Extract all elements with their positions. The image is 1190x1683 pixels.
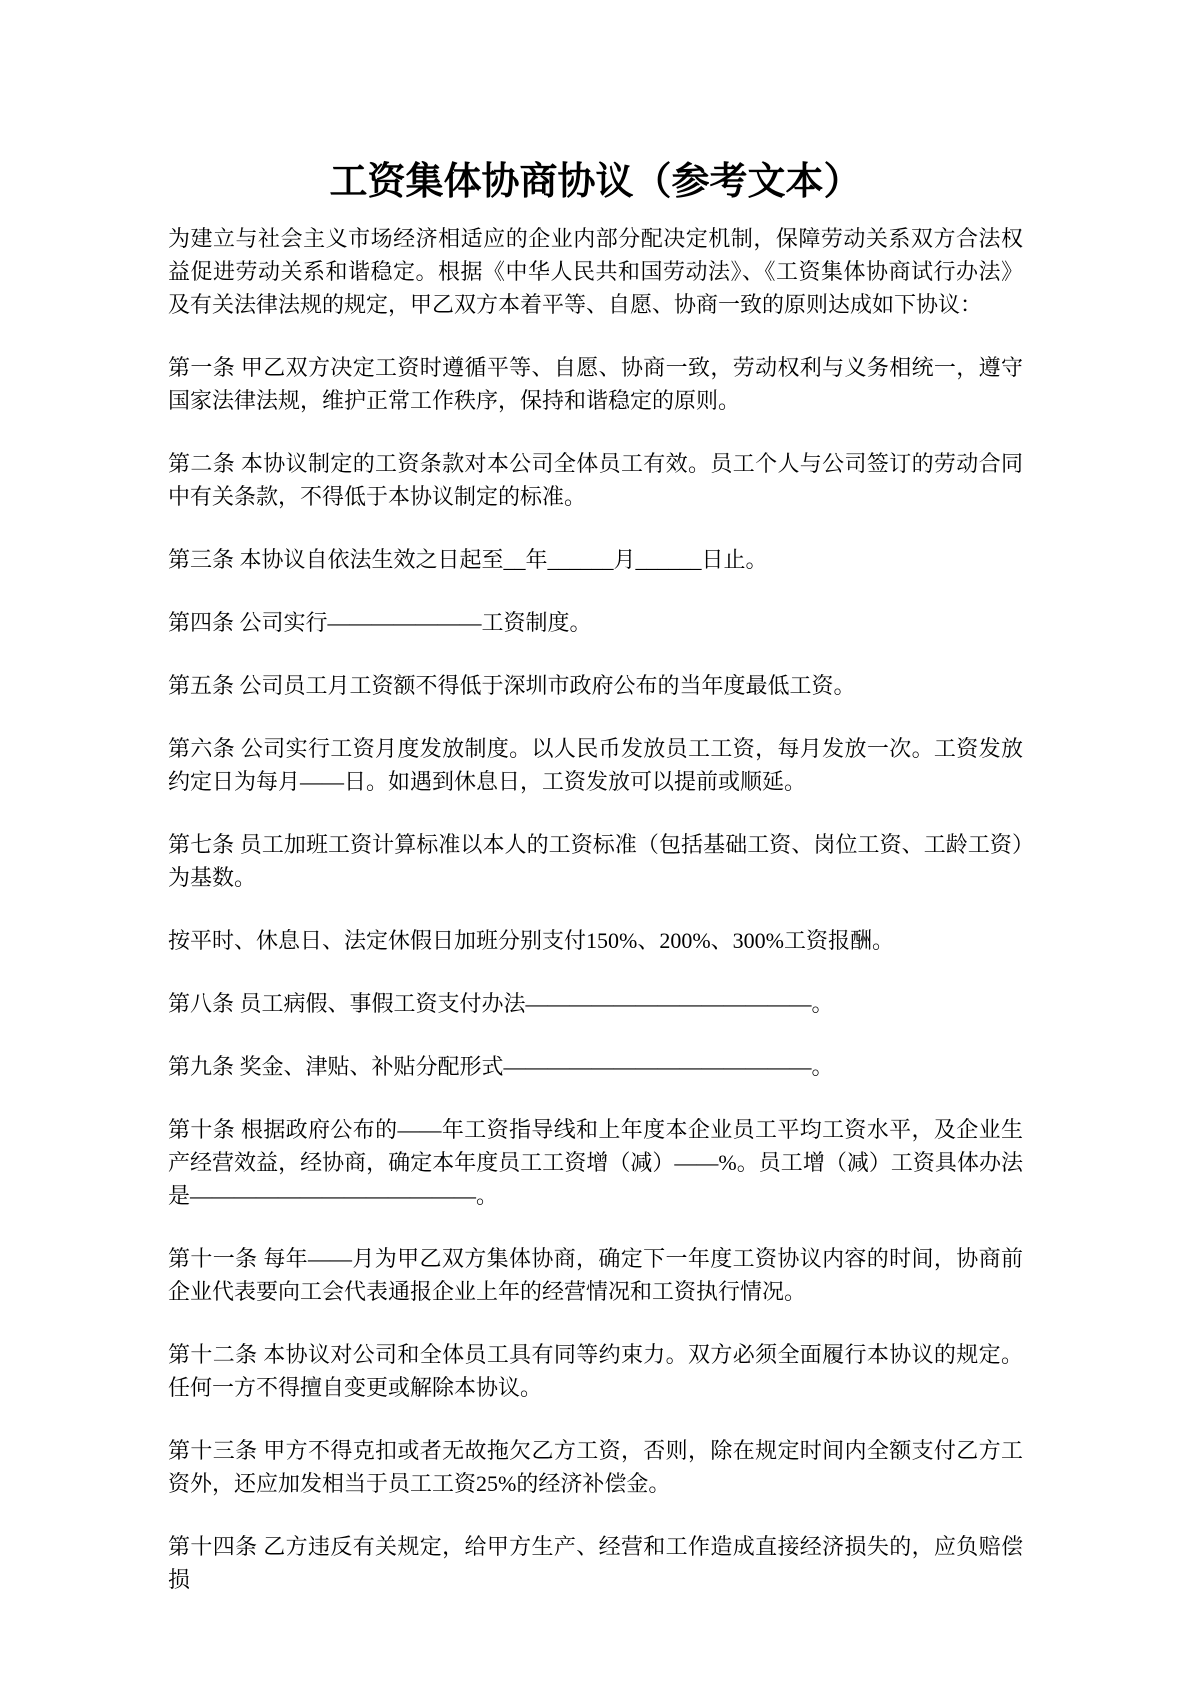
clause-10: 第十条 根据政府公布的——年工资指导线和上年度本企业员工平均工资水平，及企业生产… [168, 1113, 1023, 1212]
clause-5: 第五条 公司员工月工资额不得低于深圳市政府公布的当年度最低工资。 [168, 669, 1023, 702]
clause-1: 第一条 甲乙双方决定工资时遵循平等、自愿、协商一致，劳动权利与义务相统一，遵守国… [168, 351, 1023, 417]
document-title: 工资集体协商协议（参考文本） [168, 158, 1023, 206]
clause-12: 第十二条 本协议对公司和全体员工具有同等约束力。双方必须全面履行本协议的规定。任… [168, 1338, 1023, 1404]
clause-4: 第四条 公司实行———————工资制度。 [168, 606, 1023, 639]
clause-2: 第二条 本协议制定的工资条款对本公司全体员工有效。员工个人与公司签订的劳动合同中… [168, 447, 1023, 513]
clause-3: 第三条 本协议自依法生效之日起至__年______月______日止。 [168, 543, 1023, 576]
clause-6: 第六条 公司实行工资月度发放制度。以人民币发放员工工资，每月发放一次。工资发放约… [168, 732, 1023, 798]
clause-13: 第十三条 甲方不得克扣或者无故拖欠乙方工资，否则，除在规定时间内全额支付乙方工资… [168, 1434, 1023, 1500]
clause-14-partial: 第十四条 乙方违反有关规定，给甲方生产、经营和工作造成直接经济损失的，应负赔偿损 [168, 1530, 1023, 1596]
clause-11: 第十一条 每年——月为甲乙双方集体协商，确定下一年度工资协议内容的时间，协商前企… [168, 1242, 1023, 1308]
document-page: 工资集体协商协议（参考文本） 为建立与社会主义市场经济相适应的企业内部分配决定机… [0, 0, 1190, 1683]
clause-9: 第九条 奖金、津贴、补贴分配形式——————————————。 [168, 1050, 1023, 1083]
intro-paragraph: 为建立与社会主义市场经济相适应的企业内部分配决定机制，保障劳动关系双方合法权益促… [168, 222, 1023, 321]
clause-8: 第八条 员工病假、事假工资支付办法—————————————。 [168, 987, 1023, 1020]
overtime-pay-note: 按平时、休息日、法定休假日加班分别支付150%、200%、300%工资报酬。 [168, 924, 1023, 957]
clause-7: 第七条 员工加班工资计算标准以本人的工资标准（包括基础工资、岗位工资、工龄工资）… [168, 828, 1023, 894]
